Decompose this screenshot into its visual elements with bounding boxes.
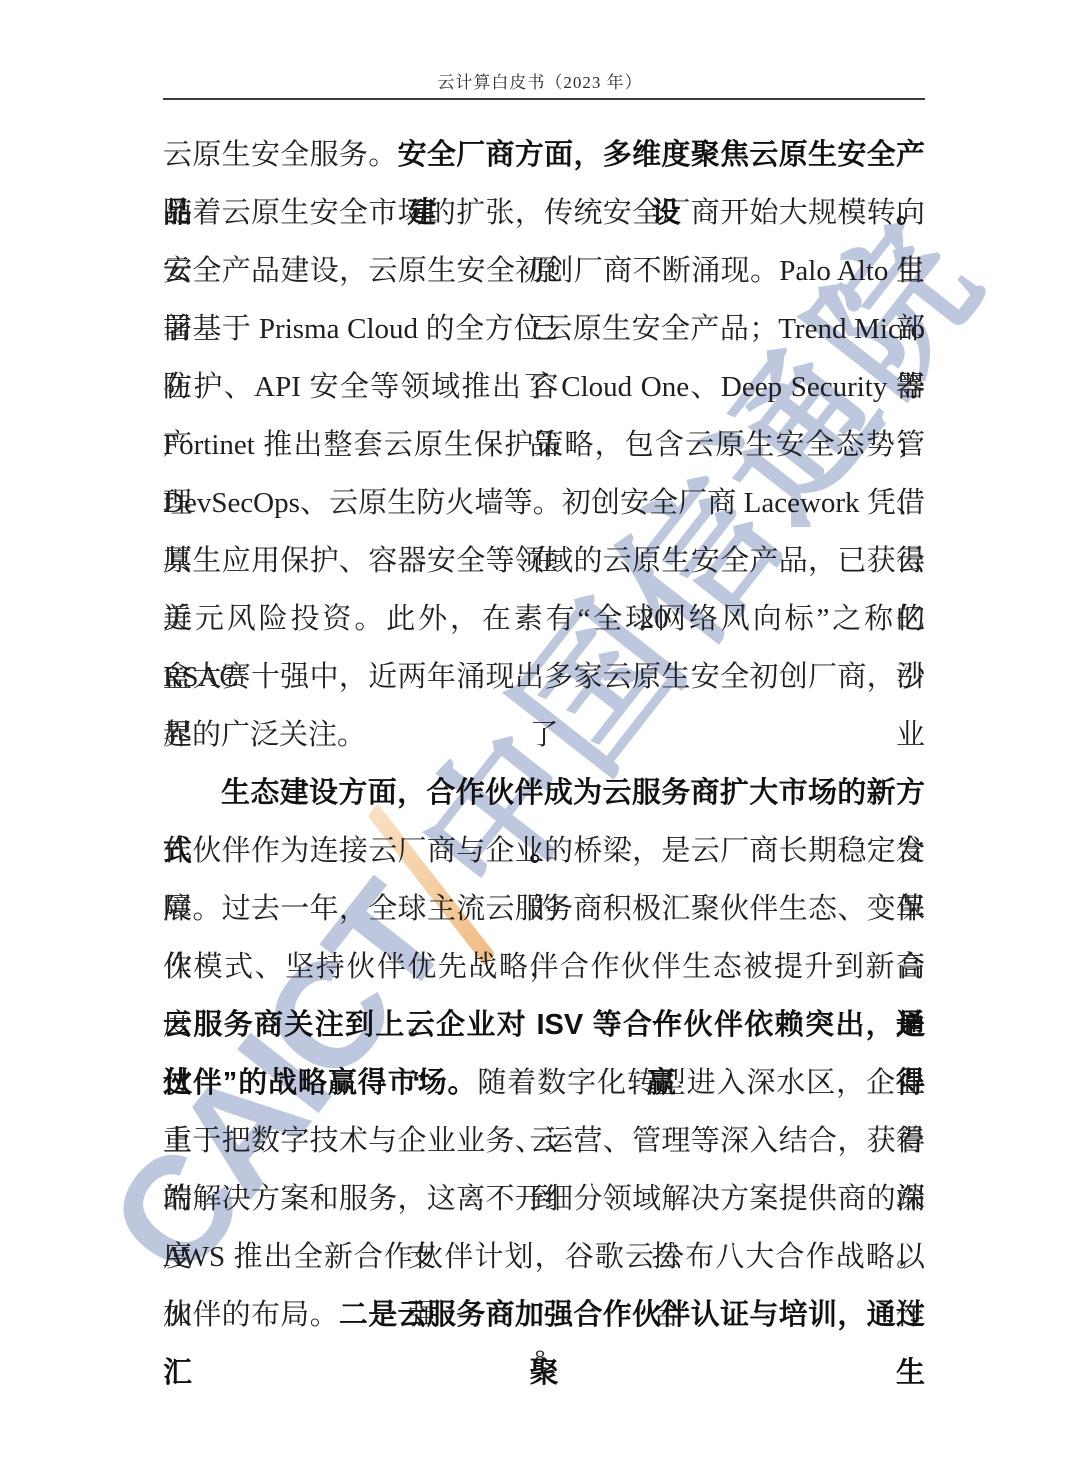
- text-line: 伙伴的布局。二是云服务商加强合作伙伴认证与培训，通过汇聚生: [163, 1286, 925, 1344]
- text-line: 作模式、坚持伙伴优先战略，合作伙伴生态被提升到新高度。一是: [163, 938, 925, 996]
- document-page: CAICT 中国信通院 云计算白皮书（2023 年） 云原生安全服务。安全厂商方…: [0, 0, 1080, 1466]
- text-line: 的解决方案和服务，这离不开细分领域解决方案提供商的深度支持。: [163, 1170, 925, 1228]
- text-line: 云服务商关注到上云企业对 ISV 等合作伙伴依赖突出，通过“赢得: [163, 996, 925, 1054]
- text-line: 伙伴”的战略赢得市场。随着数字化转型进入深水区，企业上云着: [163, 1054, 925, 1112]
- text-line: 重于把数字技术与企业业务、运营、管理等深入结合，获得端到端: [163, 1112, 925, 1170]
- header-divider: [163, 98, 925, 100]
- text-line: 署基于 Prisma Cloud 的全方位云原生安全产品；Trend Micro…: [163, 300, 925, 358]
- text-line: 随着云原生安全市场的扩张，传统安全厂商开始大规模转向云原生: [163, 184, 925, 242]
- text-line: 美元风险投资。此外，在素有“全球网络风向标”之称的 RSAC 沙: [163, 590, 925, 648]
- text-line: 障。过去一年，全球主流云服务商积极汇聚伙伴生态、变革伙伴合: [163, 880, 925, 938]
- text-line: 作伙伴作为连接云厂商与企业的桥梁，是云厂商长期稳定发展的保: [163, 822, 925, 880]
- bold-text-run: 伙伴”的战略赢得市场。: [163, 1067, 477, 1099]
- text-line: 防护、API 安全等领域推出了 Cloud One、Deep Security …: [163, 358, 925, 416]
- body-text: 云原生安全服务。安全厂商方面，多维度聚焦云原生安全产品建设。随着云原生安全市场的…: [163, 126, 925, 1344]
- text-run: 伙伴的布局。: [163, 1299, 339, 1331]
- text-line: 盒大赛十强中，近两年涌现出多家云原生安全初创厂商，引起了业: [163, 648, 925, 706]
- text-line: 生态建设方面，合作伙伴成为云服务商扩大市场的新方式。合: [163, 764, 925, 822]
- text-line: DevSecOps、云原生防火墙等。初创安全厂商 Lacework 凭借其在云: [163, 474, 925, 532]
- text-line: 原生应用保护、容器安全等领域的云原生安全产品，已获得近 20 亿: [163, 532, 925, 590]
- text-line: Fortinet 推出整套云原生保护策略，包含云原生安全态势管理、: [163, 416, 925, 474]
- text-line: 云原生安全服务。安全厂商方面，多维度聚焦云原生安全产品建设。: [163, 126, 925, 184]
- page-header-title: 云计算白皮书（2023 年）: [0, 72, 1080, 94]
- text-line: AWS 推出全新合作伙伴计划，谷歌云公布八大合作战略以加强合作: [163, 1228, 925, 1286]
- text-run: 界的广泛关注。: [163, 719, 366, 751]
- text-line: 安全产品建设，云原生安全初创厂商不断涌现。Palo Alto 目前已部: [163, 242, 925, 300]
- text-run: 云原生安全服务。: [163, 139, 398, 171]
